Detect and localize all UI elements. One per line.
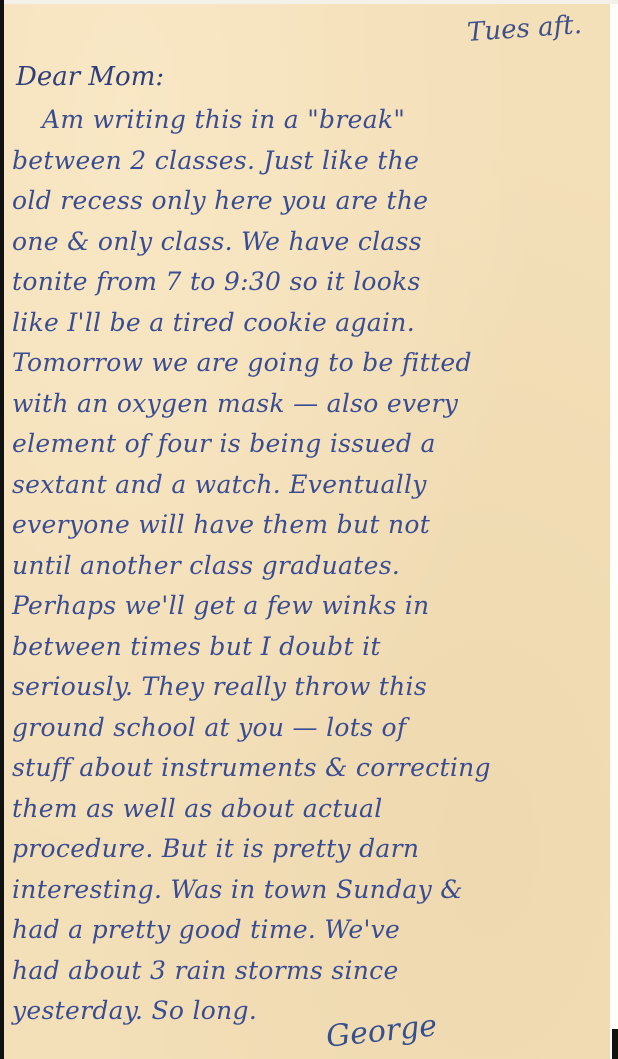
letter-line: yesterday. So long. — [12, 991, 612, 1032]
letter-line: old recess only here you are the — [12, 181, 612, 222]
letter-salutation: Dear Mom: — [16, 62, 164, 92]
letter-line: had a pretty good time. We've — [12, 910, 612, 951]
letter-line: between 2 classes. Just like the — [12, 141, 612, 182]
letter-line: everyone will have them but not — [12, 505, 612, 546]
letter-line: stuff about instruments & correcting — [12, 748, 612, 789]
letter-line: element of four is being issued a — [12, 424, 612, 465]
letter-line: procedure. But it is pretty darn — [12, 829, 612, 870]
letter-line: interesting. Was in town Sunday & — [12, 870, 612, 911]
letter-line: sextant and a watch. Eventually — [12, 465, 612, 506]
letter-line: them as well as about actual — [12, 789, 612, 830]
letter-line: had about 3 rain storms since — [12, 951, 612, 992]
letter-line: ground school at you — lots of — [12, 708, 612, 749]
letter-line: between times but I doubt it — [12, 627, 612, 668]
letter-line: Tomorrow we are going to be fitted — [12, 343, 612, 384]
letter-line: Am writing this in a "break" — [12, 100, 612, 141]
letter-line: one & only class. We have class — [12, 222, 612, 263]
letter-line: until another class graduates. — [12, 546, 612, 587]
letter-line: Perhaps we'll get a few winks in — [12, 586, 612, 627]
scan-corner-shadow — [612, 1029, 618, 1059]
letter-body: Am writing this in a "break" between 2 c… — [12, 100, 612, 1032]
letter-line: like I'll be a tired cookie again. — [12, 303, 612, 344]
letter-line: tonite from 7 to 9:30 so it looks — [12, 262, 612, 303]
letter-card: Tues aft. Dear Mom: Am writing this in a… — [4, 4, 610, 1059]
letter-date: Tues aft. — [466, 10, 583, 48]
letter-line: with an oxygen mask — also every — [12, 384, 612, 425]
letter-line: seriously. They really throw this — [12, 667, 612, 708]
